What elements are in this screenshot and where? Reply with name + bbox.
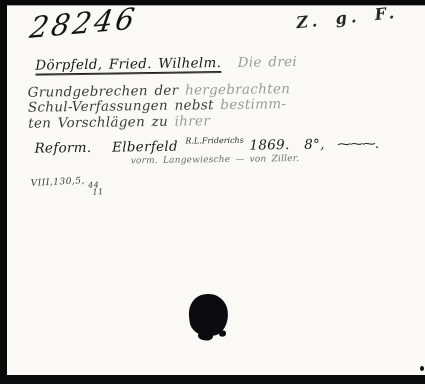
location-notation: VIII,130,5, 44 11	[31, 175, 104, 199]
title-line4-faint: ihrer	[175, 113, 211, 129]
ink-blot	[187, 292, 230, 338]
accession-number: 28246	[27, 1, 139, 45]
scan-edge-left	[0, 0, 7, 384]
shelf-mark: Z. g. F.	[295, 3, 399, 33]
title-start-faint: Die drei	[238, 54, 297, 71]
title-line3-faint: bestimm-	[220, 96, 286, 113]
publisher-insertion: R.L.Friderichs	[185, 136, 243, 146]
price-flourish: ⁓⁓⁓.	[337, 136, 378, 153]
book-format: 8°,	[304, 137, 325, 153]
location-classmark: VIII,130,5,	[31, 176, 86, 189]
catalog-entry: Dörpfeld, Fried. Wilhelm. Die drei Grund…	[27, 53, 423, 167]
publication-place: Elberfeld	[112, 139, 178, 156]
entry-line-author: Dörpfeld, Fried. Wilhelm. Die drei	[27, 53, 422, 74]
scanned-catalog-card: 28246 Z. g. F. Dörpfeld, Fried. Wilhelm.…	[0, 0, 425, 390]
title-line4: ten Vorschlägen zu	[28, 113, 175, 131]
entry-line-4: ten Vorschlägen zu ihrer	[28, 111, 423, 132]
scan-edge-top	[4, 0, 425, 5]
author-name: Dörpfeld, Fried. Wilhelm.	[35, 55, 221, 76]
title-end: Reform.	[34, 140, 91, 157]
scan-edge-bottom	[0, 375, 425, 384]
location-fraction-bottom: 11	[88, 188, 104, 196]
publication-year: 1869.	[249, 137, 289, 154]
location-fraction: 44 11	[88, 181, 104, 196]
scan-speckle	[420, 366, 424, 371]
